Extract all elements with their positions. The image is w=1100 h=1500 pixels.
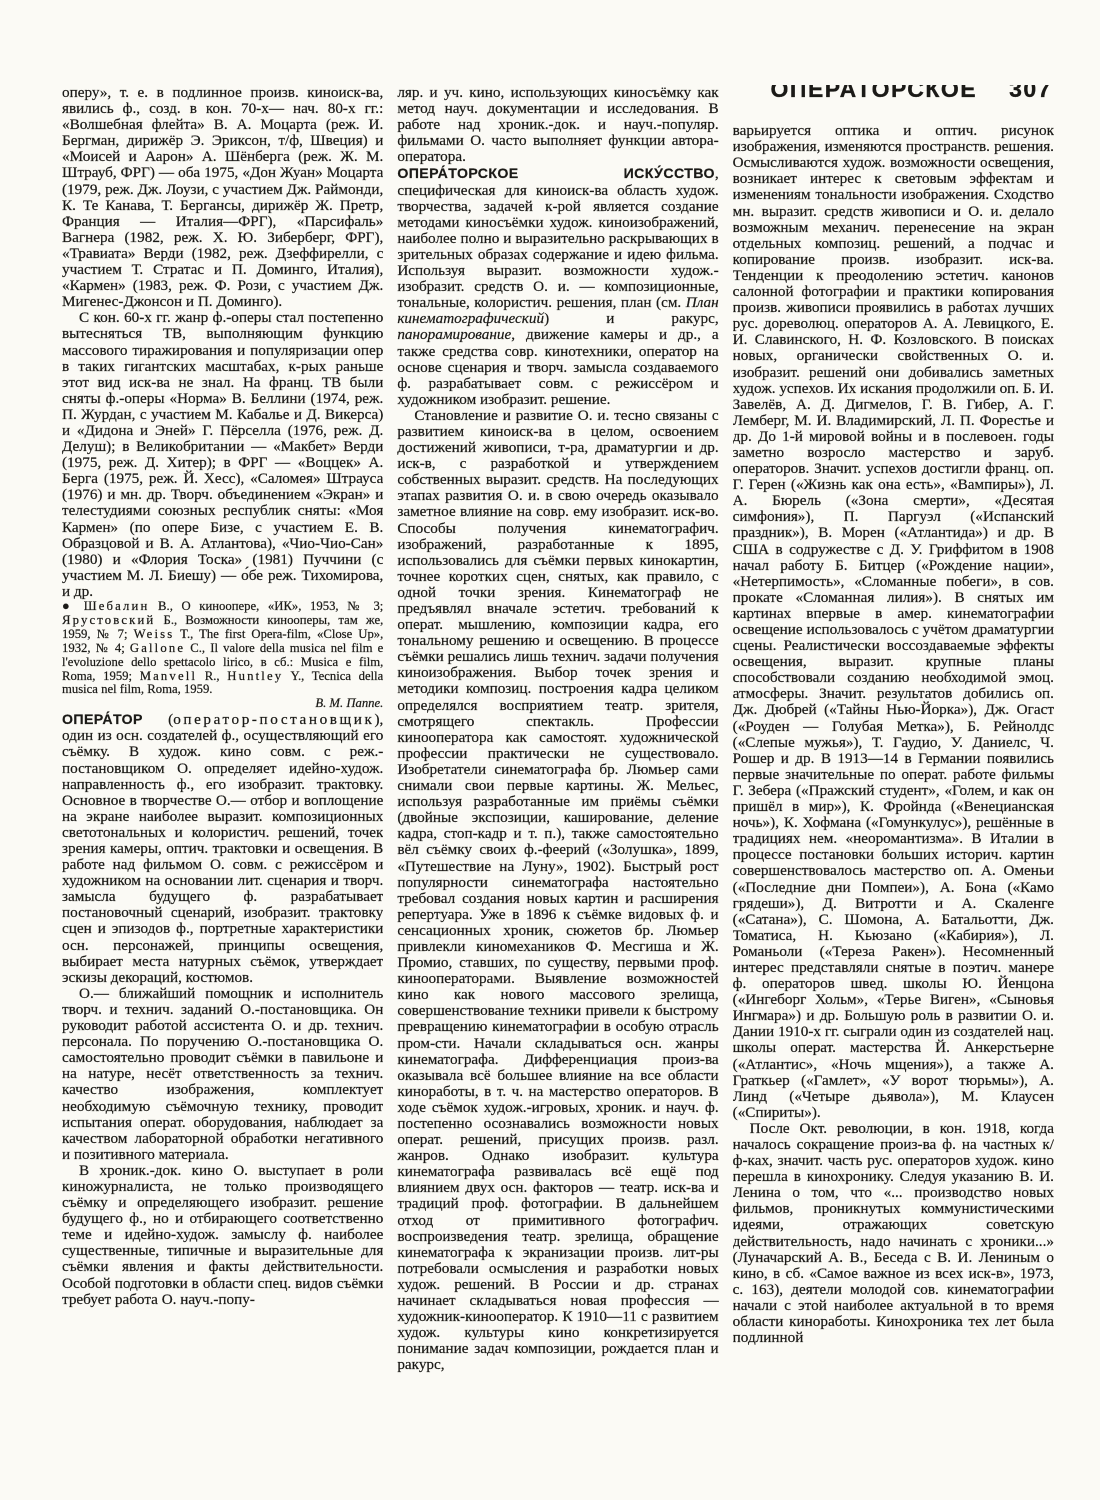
italic-term: В. М. Паппе. — [315, 696, 383, 710]
page-number: 307 — [1009, 85, 1052, 97]
letterspaced-name: Weiss — [134, 627, 175, 641]
text-run: В хроник.-док. кино О. выступает в роли … — [62, 1162, 383, 1308]
text-run: варьируется оптика и оптич. рисунок изоб… — [733, 122, 1054, 1121]
paragraph: После Окт. революции, в кон. 1918, когда… — [733, 1121, 1054, 1346]
letterspaced-name: Ярустовский — [62, 613, 155, 627]
paragraph: О.— ближайший помощник и исполнитель тво… — [62, 986, 383, 1163]
bibliography-note: ● Шебалин В., О киноопере, «ИК», 1953, №… — [62, 600, 383, 697]
continuation-paragraph: ляр. и уч. кино, использующих киносъёмку… — [397, 85, 718, 165]
entry-headword: ОПЕРА́ТОРСКОЕ ИСКУ́ССТВО — [397, 165, 715, 181]
column-2: ляр. и уч. кино, использующих киносъёмку… — [397, 85, 718, 1463]
text-run: ( — [143, 711, 173, 728]
text-run: После Окт. революции, в кон. 1918, когда… — [733, 1120, 1054, 1346]
column-1: оперу», т. е. в подлинное произв. киноис… — [62, 85, 383, 1463]
entry-headword: ОПЕРА́ТОР — [62, 711, 143, 727]
entry-paragraph: ОПЕРА́ТОРСКОЕ ИСКУ́ССТВО, специфическая … — [397, 165, 718, 407]
text-run: , специфическая для киноиск-ва область х… — [397, 165, 718, 311]
continuation-paragraph: варьируется оптика и оптич. рисунок изоб… — [733, 123, 1054, 1121]
running-head: ОПЕРАТОРСКОЕ 307 — [733, 85, 1052, 97]
text-run: R., — [197, 669, 227, 683]
text-run: В., О киноопере, «ИК», 1953, № 3; — [149, 599, 383, 613]
letterspaced-name: оператор-постановщик — [173, 711, 374, 728]
running-head-title: ОПЕРАТОРСКОЕ — [771, 85, 978, 97]
text-run: С кон. 60-х гг. жанр ф.-оперы стал посте… — [62, 309, 383, 600]
paragraph: Становление и развитие О. и. тесно связа… — [397, 408, 718, 1374]
letterspaced-name: Manvell — [140, 669, 197, 683]
paragraph: С кон. 60-х гг. жанр ф.-оперы стал посте… — [62, 310, 383, 600]
page: оперу», т. е. в подлинное произв. киноис… — [0, 0, 1100, 1500]
italic-term: панорамирование — [397, 326, 511, 343]
text-run: О.— ближайший помощник и исполнитель тво… — [62, 985, 383, 1163]
text-run: оперу», т. е. в подлинное произв. киноис… — [62, 85, 383, 310]
column-3: ОПЕРАТОРСКОЕ 307 варьируется оптика и оп… — [733, 85, 1054, 1463]
entry-paragraph: ОПЕРА́ТОР (оператор-постановщик), один и… — [62, 711, 383, 986]
text-run: ), один из осн. создателей ф., осуществл… — [62, 711, 383, 986]
letterspaced-name: Шебалин — [84, 599, 150, 613]
text-run: ляр. и уч. кино, использующих киносъёмку… — [397, 85, 718, 165]
letterspaced-name: Gallone — [130, 641, 185, 655]
text-run: ) и ракурс, — [544, 310, 719, 327]
text-run: ● — [62, 599, 84, 613]
continuation-paragraph: оперу», т. е. в подлинное произв. киноис… — [62, 85, 383, 310]
author-signature: В. М. Паппе. — [62, 697, 383, 711]
letterspaced-name: Huntley — [227, 669, 283, 683]
paragraph: В хроник.-док. кино О. выступает в роли … — [62, 1163, 383, 1308]
text-run: Становление и развитие О. и. тесно связа… — [397, 407, 718, 1374]
